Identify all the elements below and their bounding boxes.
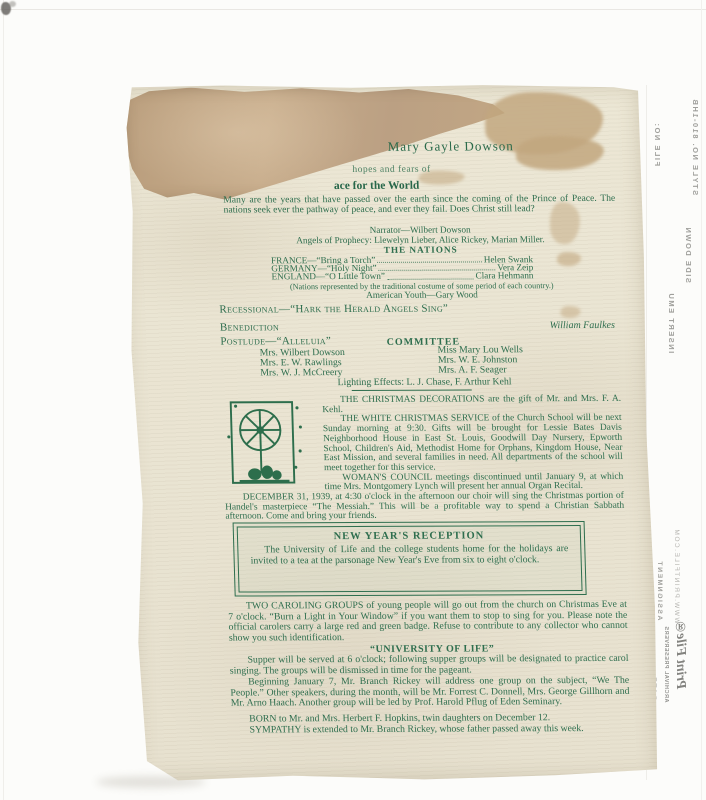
document-paper: Mary Gayle Dowson hopes and fears of ace… — [116, 84, 660, 782]
scanner-edge-line — [0, 9, 706, 10]
scanned-page: { "colors":{"ink_green":"#2e6e4e","paper… — [0, 0, 706, 800]
sleeve-style-no-mark: STYLE NO. 810-1HB — [691, 98, 700, 195]
scanner-edge-line — [701, 0, 702, 800]
hymn-fragment: hopes and fears of — [352, 165, 431, 175]
paper-residue-blob — [515, 136, 604, 170]
sleeve-file-no-mark: FILE NO: — [653, 122, 662, 166]
announcements-block: THE CHRISTMAS DECORATIONS are the gift o… — [222, 395, 625, 523]
recessional-line: Recessional—“Hark the Herald Angels Sing… — [219, 303, 448, 316]
print-file-logo-subtitle: ARCHIVAL PRESERVERS — [663, 626, 669, 702]
speakers-paragraph: Beginning January 7, Mr. Branch Rickey w… — [230, 676, 630, 710]
composer-credit: William Faulkes — [503, 320, 615, 331]
nations-row: ENGLAND—“O Little Town” Clara Hehmann — [271, 272, 533, 281]
nations-cast-list: FRANCE—“Bring a Torch” Helen Swank GERMA… — [271, 255, 534, 281]
scanner-edge-line — [3, 0, 4, 800]
spinning-wheel-illustration — [222, 398, 315, 490]
lighting-credit: Lighting Effects: L. J. Chase, F. Arthur… — [228, 376, 620, 389]
caroling-paragraph: TWO CAROLING GROUPS of young people will… — [228, 600, 628, 644]
sleeve-website-mark: WWW.PRINTFILE.COM — [673, 528, 680, 624]
intro-paragraph: Many are the years that have passed over… — [223, 194, 616, 216]
sleeve-assignment-mark: ASSIGNMENT — [656, 560, 663, 620]
sleeve-insert-mark: INSERT EMU — [667, 292, 676, 353]
benediction-line: Benediction — [220, 321, 279, 333]
reception-notice-box: NEW YEAR'S RECEPTION The University of L… — [233, 521, 587, 597]
committee-left-column: Mrs. Wilbert Dowson Mrs. E. W. Rawlings … — [260, 348, 346, 378]
dotted-leader — [377, 256, 482, 263]
nation-role: ENGLAND—“O Little Town” — [271, 272, 385, 281]
sleeve-side-down-mark: SIDE DOWN — [684, 226, 693, 283]
paper-residue-blob — [560, 306, 580, 318]
reception-heading: NEW YEAR'S RECEPTION — [250, 530, 568, 542]
print-file-logo: Print File® — [672, 618, 688, 689]
scanner-corner-smudge — [9, 1, 16, 7]
section-divider — [352, 389, 472, 391]
committee-right-column: Miss Mary Lou Wells Mrs. W. E. Johnston … — [437, 345, 523, 375]
sympathy-announcement: SYMPATHY is extended to Mr. Branch Ricke… — [231, 724, 630, 736]
nation-performer: Clara Hehmann — [475, 272, 533, 280]
committee-member: Mrs. A. F. Seager — [438, 365, 524, 375]
recipient-name: Mary Gayle Dowson — [388, 138, 514, 155]
messiah-paragraph: DECEMBER 31, 1939, at 4:30 o'clock in th… — [225, 492, 625, 523]
reception-notice-inner-border: NEW YEAR'S RECEPTION The University of L… — [237, 525, 583, 593]
dotted-leader — [387, 272, 474, 279]
reception-body: The University of Life and the college s… — [250, 544, 569, 567]
american-youth-line: American Youth—Gary Wood — [226, 290, 618, 302]
section-heading-world: ace for the World — [334, 180, 420, 192]
supper-paragraph: Supper will be served at 6 o'clock; foll… — [229, 654, 629, 677]
